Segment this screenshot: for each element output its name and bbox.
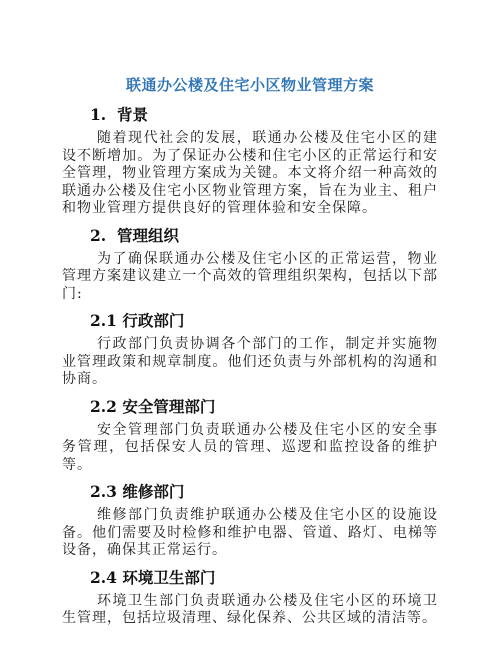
section-security-department: 2.2 安全管理部门 安全管理部门负责联通办公楼及住宅小区的安全事务管理，包括保…: [62, 398, 438, 475]
section-heading: 2.1 行政部门: [62, 312, 438, 330]
page-title: 联通办公楼及住宅小区物业管理方案: [62, 76, 438, 95]
section-background: 1. 背景 随着现代社会的发展，联通办公楼及住宅小区的建设不断增加。为了保证办公…: [62, 106, 438, 218]
section-maintenance-department: 2.3 维修部门 维修部门负责维护联通办公楼及住宅小区的设施设备。他们需要及时检…: [62, 483, 438, 560]
section-heading: 2. 管理组织: [62, 227, 438, 245]
section-sanitation-department: 2.4 环境卫生部门 环境卫生部门负责联通办公楼及住宅小区的环境卫生管理，包括垃…: [62, 569, 438, 628]
section-heading: 2.4 环境卫生部门: [62, 569, 438, 587]
paragraph: 安全管理部门负责联通办公楼及住宅小区的安全事务管理，包括保安人员的管理、巡逻和监…: [62, 422, 438, 475]
section-administrative-department: 2.1 行政部门 行政部门负责协调各个部门的工作，制定并实施物业管理政策和规章制…: [62, 312, 438, 389]
paragraph: 为了确保联通办公楼及住宅小区的正常运营，物业管理方案建议建立一个高效的管理组织架…: [62, 251, 438, 304]
paragraph: 环境卫生部门负责联通办公楼及住宅小区的环境卫生管理，包括垃圾清理、绿化保养、公共…: [62, 593, 438, 628]
section-heading: 1. 背景: [62, 106, 438, 124]
section-heading: 2.2 安全管理部门: [62, 398, 438, 416]
paragraph: 行政部门负责协调各个部门的工作，制定并实施物业管理政策和规章制度。他们还负责与外…: [62, 336, 438, 389]
document-page: 联通办公楼及住宅小区物业管理方案 1. 背景 随着现代社会的发展，联通办公楼及住…: [0, 0, 500, 647]
paragraph: 维修部门负责维护联通办公楼及住宅小区的设施设备。他们需要及时检修和维护电器、管道…: [62, 507, 438, 560]
section-heading: 2.3 维修部门: [62, 483, 438, 501]
paragraph: 随着现代社会的发展，联通办公楼及住宅小区的建设不断增加。为了保证办公楼和住宅小区…: [62, 130, 438, 218]
section-management-organization: 2. 管理组织 为了确保联通办公楼及住宅小区的正常运营，物业管理方案建议建立一个…: [62, 227, 438, 304]
